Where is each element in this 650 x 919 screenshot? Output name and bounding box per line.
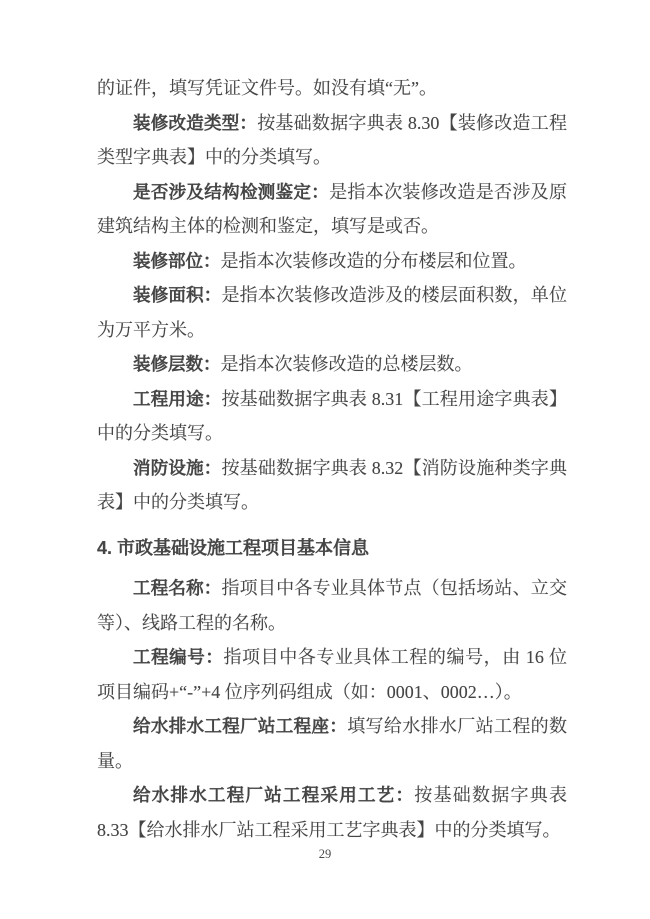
para-project-number: 工程编号：指项目中各专业具体工程的编号，由 16 位项目编码+“-”+4 位序列… xyxy=(97,640,567,709)
page-number: 29 xyxy=(0,847,650,862)
para-label: 装修层数： xyxy=(133,354,221,374)
para-label: 给水排水工程厂站工程座： xyxy=(133,716,347,736)
section-heading: 4. 市政基础设施工程项目基本信息 xyxy=(97,531,567,566)
para-structure-inspection: 是否涉及结构检测鉴定：是指本次装修改造是否涉及原建筑结构主体的检测和鉴定，填写是… xyxy=(97,175,567,244)
para-decoration-area: 装修面积：是指本次装修改造涉及的楼层面积数，单位为万平方米。 xyxy=(97,278,567,347)
para-decoration-location: 装修部位：是指本次装修改造的分布楼层和位置。 xyxy=(97,244,567,279)
para-label: 工程名称： xyxy=(133,578,221,598)
document-text-block: 的证件，填写凭证文件号。如没有填“无”。 装修改造类型：按基础数据字典表 8.3… xyxy=(97,71,567,847)
para-body: 是指本次装修改造的总楼层数。 xyxy=(221,354,473,374)
para-label: 消防设施： xyxy=(133,458,221,478)
para-fire-facilities: 消防设施：按基础数据字典表 8.32【消防设施种类字典表】中的分类填写。 xyxy=(97,451,567,520)
para-water-plant-process: 给水排水工程厂站工程采用工艺：按基础数据字典表 8.33【给水排水厂站工程采用工… xyxy=(97,778,567,847)
para-label: 工程编号： xyxy=(133,647,223,667)
para-project-name: 工程名称：指项目中各专业具体节点（包括场站、立交等）、线路工程的名称。 xyxy=(97,571,567,640)
para-decoration-floors: 装修层数：是指本次装修改造的总楼层数。 xyxy=(97,347,567,382)
para-label: 是否涉及结构检测鉴定： xyxy=(133,182,329,202)
para-body: 是指本次装修改造的分布楼层和位置。 xyxy=(221,251,527,271)
para-water-plant-count: 给水排水工程厂站工程座：填写给水排水厂站工程的数量。 xyxy=(97,709,567,778)
para-decoration-type: 装修改造类型：按基础数据字典表 8.30【装修改造工程类型字典表】中的分类填写。 xyxy=(97,106,567,175)
para-body: 的证件，填写凭证文件号。如没有填“无”。 xyxy=(97,78,437,98)
para-label: 装修部位： xyxy=(133,251,221,271)
para-project-use: 工程用途：按基础数据字典表 8.31【工程用途字典表】中的分类填写。 xyxy=(97,382,567,451)
para-label: 装修改造类型： xyxy=(133,113,257,133)
para-label: 工程用途： xyxy=(133,389,221,409)
para-label: 给水排水工程厂站工程采用工艺： xyxy=(133,785,414,805)
para-continuation: 的证件，填写凭证文件号。如没有填“无”。 xyxy=(97,71,567,106)
para-label: 装修面积： xyxy=(133,285,221,305)
document-page: 的证件，填写凭证文件号。如没有填“无”。 装修改造类型：按基础数据字典表 8.3… xyxy=(0,0,650,919)
